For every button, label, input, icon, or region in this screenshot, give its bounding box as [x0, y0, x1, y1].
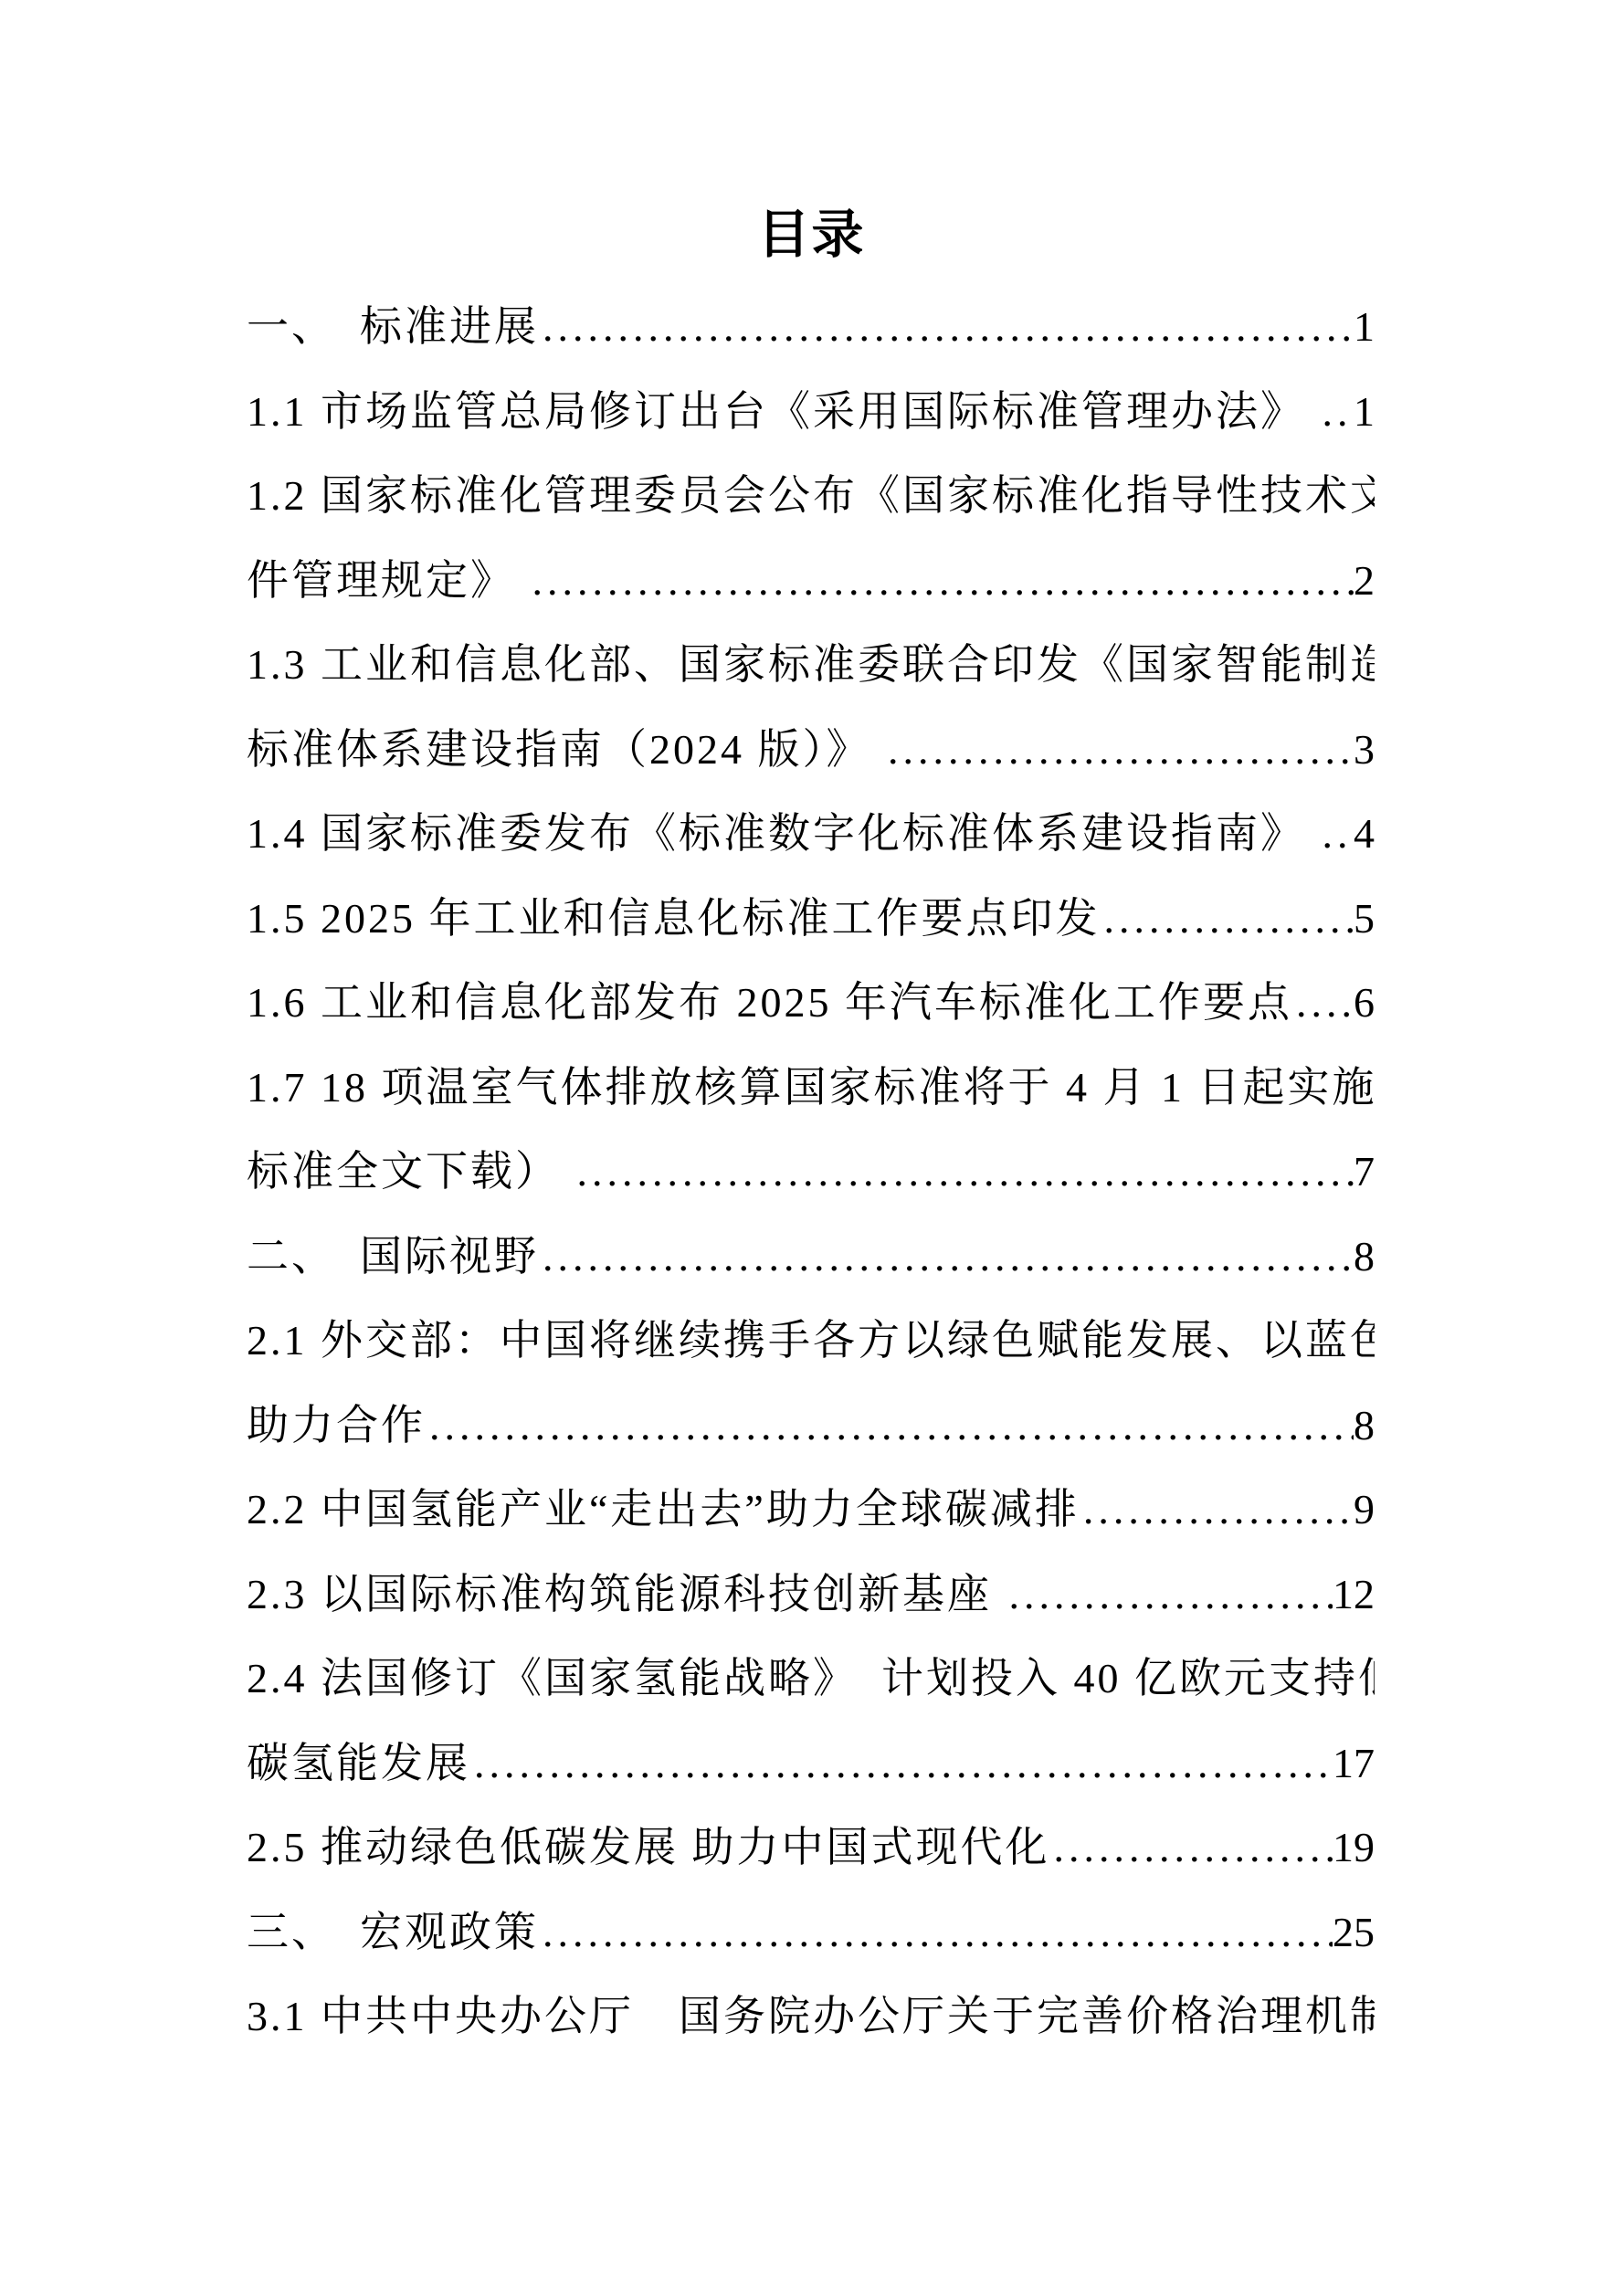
toc-entry[interactable]: 1.2 国家标准化管理委员会公布《国家标准化指导性技术文 [247, 454, 1375, 539]
toc-entry-text: 件管理规定》 [247, 539, 529, 624]
toc-entry-text: 1.1 市场监管总局修订出台《采用国际标准管理办法》 [247, 370, 1319, 455]
toc-entry[interactable]: 1.3 工业和信息化部、国家标准委联合印发《国家智能制造 [247, 623, 1375, 708]
toc-entry[interactable]: 2.4 法国修订《国家氢能战略》 计划投入 40 亿欧元支持低 [247, 1637, 1375, 1722]
toc-entry-text: 碳氢能发展 [247, 1722, 470, 1806]
toc-dot-leader [426, 1384, 1354, 1469]
toc-entry-page: 1 [1354, 285, 1375, 370]
toc-dot-leader [1080, 1468, 1354, 1553]
toc-entry-text: 2.1 外交部：中国将继续携手各方以绿色赋能发展、以蓝色 [247, 1299, 1375, 1384]
toc-entry-page: 8 [1354, 1384, 1375, 1469]
toc-entry-text: 2.5 推动绿色低碳发展 助力中国式现代化 [247, 1806, 1050, 1891]
toc-entry-page: 9 [1354, 1468, 1375, 1553]
toc-dot-leader [539, 1215, 1354, 1300]
toc-entry-text: 1.2 国家标准化管理委员会公布《国家标准化指导性技术文 [247, 454, 1375, 539]
toc-entry-page: 7 [1354, 1130, 1375, 1215]
toc-entry-text: 1.7 18 项温室气体排放核算国家标准将于 4 月 1 日起实施( 附 [247, 1046, 1375, 1131]
toc-dot-leader [1006, 1553, 1333, 1638]
toc-entry[interactable]: 二、 国际视野 8 [247, 1215, 1375, 1300]
toc-entry-text: 1.5 2025 年工业和信息化标准工作要点印发 [247, 877, 1101, 962]
toc-dot-leader [539, 285, 1354, 370]
toc-entry-page: 5 [1354, 877, 1375, 962]
toc-entry[interactable]: 1.4 国家标准委发布《标准数字化标准体系建设指南》 4 [247, 792, 1375, 877]
toc-entry[interactable]: 2.2 中国氢能产业“走出去”助力全球碳减排 9 [247, 1468, 1375, 1553]
toc-entry-page: 8 [1354, 1215, 1375, 1300]
toc-entry-page: 25 [1333, 1891, 1375, 1975]
toc-dot-leader [1319, 370, 1354, 455]
toc-dot-leader [470, 1722, 1333, 1806]
toc-entry-text: 1.4 国家标准委发布《标准数字化标准体系建设指南》 [247, 792, 1319, 877]
toc-title: 目录 [0, 208, 1623, 263]
toc-list: 一、 标准进展 1 1.1 市场监管总局修订出台《采用国际标准管理办法》 1 1… [0, 285, 1623, 2059]
toc-entry[interactable]: 碳氢能发展 17 [247, 1722, 1375, 1806]
toc-dot-leader [574, 1130, 1354, 1215]
toc-entry[interactable]: 助力合作 8 [247, 1384, 1375, 1469]
toc-entry-text: 二、 国际视野 [247, 1215, 539, 1300]
toc-entry[interactable]: 件管理规定》 2 [247, 539, 1375, 624]
toc-entry[interactable]: 标准全文下载） 7 [247, 1130, 1375, 1215]
toc-entry[interactable]: 3.1 中共中央办公厅 国务院办公厅关于完善价格治理机制 [247, 1975, 1375, 2059]
document-page: 目录 一、 标准进展 1 1.1 市场监管总局修订出台《采用国际标准管理办法》 … [0, 0, 1623, 2296]
toc-dot-leader [1292, 961, 1354, 1046]
toc-entry-text: 助力合作 [247, 1384, 426, 1469]
toc-entry[interactable]: 2.5 推动绿色低碳发展 助力中国式现代化 19 [247, 1806, 1375, 1891]
toc-entry-page: 4 [1354, 792, 1375, 877]
toc-dot-leader [539, 1891, 1333, 1975]
toc-entry-text: 2.4 法国修订《国家氢能战略》 计划投入 40 亿欧元支持低 [247, 1637, 1375, 1722]
toc-entry-text: 1.3 工业和信息化部、国家标准委联合印发《国家智能制造 [247, 623, 1375, 708]
toc-entry-text: 标准全文下载） [247, 1130, 574, 1215]
toc-entry-text: 2.3 以国际标准构筑能源科技创新基座 [247, 1553, 1006, 1638]
toc-dot-leader [529, 539, 1354, 624]
toc-entry-page: 6 [1354, 961, 1375, 1046]
toc-entry-page: 19 [1333, 1806, 1375, 1891]
toc-entry[interactable]: 2.3 以国际标准构筑能源科技创新基座 12 [247, 1553, 1375, 1638]
toc-entry-page: 3 [1354, 708, 1375, 793]
toc-dot-leader [1101, 877, 1354, 962]
toc-entry[interactable]: 三、 宏观政策 25 [247, 1891, 1375, 1975]
toc-entry-page: 2 [1354, 539, 1375, 624]
toc-entry-text: 三、 宏观政策 [247, 1891, 539, 1975]
toc-entry-text: 1.6 工业和信息化部发布 2025 年汽车标准化工作要点 [247, 961, 1292, 1046]
toc-dot-leader [1050, 1806, 1333, 1891]
toc-entry-text: 一、 标准进展 [247, 285, 539, 370]
toc-dot-leader [884, 708, 1354, 793]
toc-entry-page: 1 [1354, 370, 1375, 455]
toc-entry-text: 3.1 中共中央办公厅 国务院办公厅关于完善价格治理机制 [247, 1975, 1375, 2059]
toc-entry[interactable]: 标准体系建设指南（2024 版）》 3 [247, 708, 1375, 793]
toc-entry-text: 标准体系建设指南（2024 版）》 [247, 708, 884, 793]
toc-entry[interactable]: 1.1 市场监管总局修订出台《采用国际标准管理办法》 1 [247, 370, 1375, 455]
toc-entry[interactable]: 1.6 工业和信息化部发布 2025 年汽车标准化工作要点 6 [247, 961, 1375, 1046]
toc-entry-page: 12 [1333, 1553, 1375, 1638]
toc-entry[interactable]: 2.1 外交部：中国将继续携手各方以绿色赋能发展、以蓝色 [247, 1299, 1375, 1384]
toc-entry-page: 17 [1333, 1722, 1375, 1806]
toc-entry[interactable]: 一、 标准进展 1 [247, 285, 1375, 370]
toc-dot-leader [1319, 792, 1354, 877]
toc-entry[interactable]: 1.5 2025 年工业和信息化标准工作要点印发 5 [247, 877, 1375, 962]
toc-entry[interactable]: 1.7 18 项温室气体排放核算国家标准将于 4 月 1 日起实施( 附 [247, 1046, 1375, 1131]
toc-entry-text: 2.2 中国氢能产业“走出去”助力全球碳减排 [247, 1468, 1080, 1553]
